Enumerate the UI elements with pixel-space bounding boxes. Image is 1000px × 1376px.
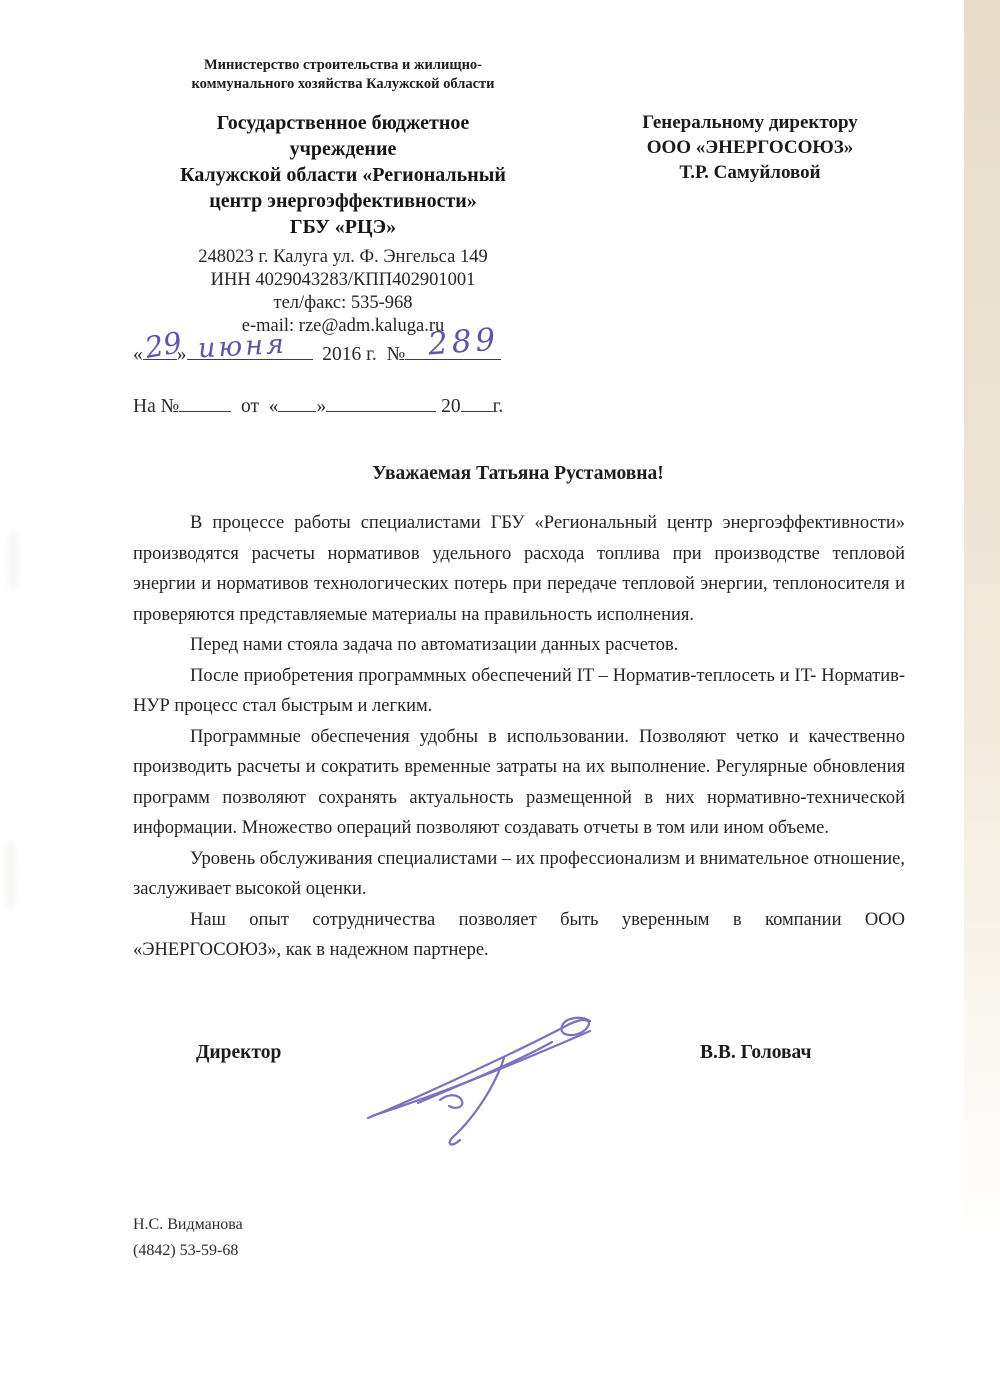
year-label: 2016 г. xyxy=(322,344,377,365)
addressee-company: ООО «ЭНЕРГОСОЮЗ» xyxy=(566,135,934,160)
handwritten-number: 289 xyxy=(427,322,501,363)
org-name-line: ГБУ «РЦЭ» xyxy=(128,214,558,240)
reply-year-blank xyxy=(461,392,493,412)
paragraph: Наш опыт сотрудничества позволяет быть у… xyxy=(133,905,905,966)
scan-edge-band xyxy=(964,0,1000,1376)
signer-title: Директор xyxy=(196,1042,281,1064)
signer-name: В.В. Головач xyxy=(700,1042,812,1064)
paragraph: В процессе работы специалистами ГБУ «Рег… xyxy=(133,508,905,630)
executor-name: Н.С. Видманова xyxy=(133,1212,243,1238)
reply-na-label: На № xyxy=(133,396,179,417)
quote-close: » xyxy=(316,396,326,417)
org-name-line: Государственное бюджетное xyxy=(128,110,558,136)
paragraph: После приобретения программных обеспечен… xyxy=(133,661,905,722)
addressee-block: Генеральному директору ООО «ЭНЕРГОСОЮЗ» … xyxy=(566,110,934,185)
handwritten-day: 29 xyxy=(142,325,184,365)
executor-phone: (4842) 53-59-68 xyxy=(133,1238,243,1264)
scanned-letter-page: Министерство строительства и жилищно- ко… xyxy=(0,0,1000,1376)
executor-contact: Н.С. Видманова (4842) 53-59-68 xyxy=(133,1212,243,1264)
paragraph: Программные обеспечения удобны в использ… xyxy=(133,722,905,844)
scan-artifact xyxy=(6,530,20,590)
addressee-title: Генеральному директору xyxy=(566,110,934,135)
org-name-line: центр энергоэффективности» xyxy=(128,188,558,214)
org-name-line: учреждение xyxy=(128,136,558,162)
paragraph: Перед нами стояла задача по автоматизаци… xyxy=(133,630,905,661)
quote-open: « xyxy=(269,396,279,417)
handwritten-month: июня xyxy=(197,329,287,365)
reply-reference-line: На № от «» 20г. xyxy=(133,392,503,418)
quote-open: « xyxy=(133,344,143,365)
letterhead: Министерство строительства и жилищно- ко… xyxy=(128,56,558,338)
reply-number-blank xyxy=(179,392,231,412)
org-phone-line: тел/факс: 535-968 xyxy=(128,292,558,315)
letter-body: В процессе работы специалистами ГБУ «Рег… xyxy=(133,508,905,966)
number-sign: № xyxy=(387,344,406,365)
scan-artifact xyxy=(4,840,16,910)
reply-year-prefix: 20 xyxy=(441,396,461,417)
org-address-line: 248023 г. Калуга ул. Ф. Энгельса 149 xyxy=(128,246,558,269)
addressee-person: Т.Р. Самуйловой xyxy=(566,160,934,185)
org-name-line: Калужской области «Региональный xyxy=(128,162,558,188)
reply-ot-label: от xyxy=(241,396,259,417)
reply-year-suffix: г. xyxy=(493,396,504,417)
reply-day-blank xyxy=(278,392,316,412)
reply-month-blank xyxy=(326,392,436,412)
salutation: Уважаемая Татьяна Рустамовна! xyxy=(133,463,903,485)
ministry-line: коммунального хозяйства Калужской област… xyxy=(128,75,558,94)
paragraph: Уровень обслуживания специалистами – их … xyxy=(133,844,905,905)
org-inn-line: ИНН 4029043283/КПП402901001 xyxy=(128,269,558,292)
handwritten-signature xyxy=(352,1000,632,1170)
ministry-line: Министерство строительства и жилищно- xyxy=(128,56,558,75)
